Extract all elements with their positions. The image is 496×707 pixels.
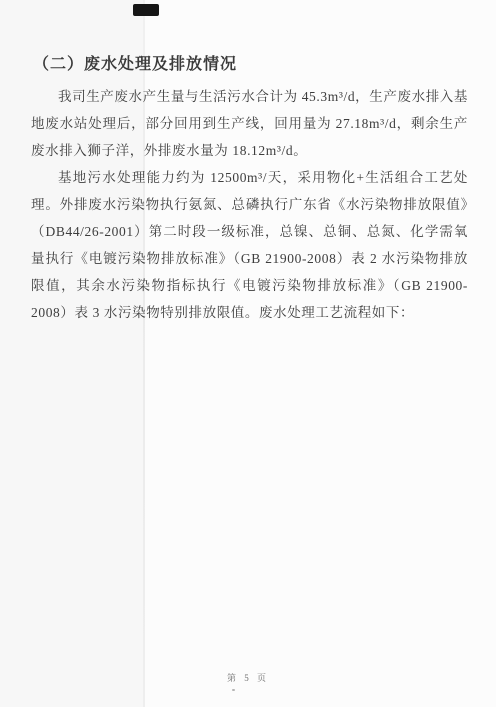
document-body: （二）废水处理及排放情况 我司生产废水产生量与生活污水合计为 45.3m³/d，… [31, 50, 468, 326]
page-number: 第 5 页 [227, 673, 269, 683]
scan-artifact-mark [133, 4, 159, 16]
page-footer: 第 5 页 [0, 668, 496, 686]
scan-speck [232, 689, 235, 691]
paragraph-wastewater-volumes: 我司生产废水产生量与生活污水合计为 45.3m³/d，生产废水排入基地废水站处理… [31, 83, 468, 164]
section-heading: （二）废水处理及排放情况 [31, 50, 468, 79]
paragraph-treatment-standards: 基地污水处理能力约为 12500m³/天，采用物化+生活组合工艺处理。外排废水污… [31, 164, 468, 326]
scanned-document-page: （二）废水处理及排放情况 我司生产废水产生量与生活污水合计为 45.3m³/d，… [0, 0, 496, 707]
